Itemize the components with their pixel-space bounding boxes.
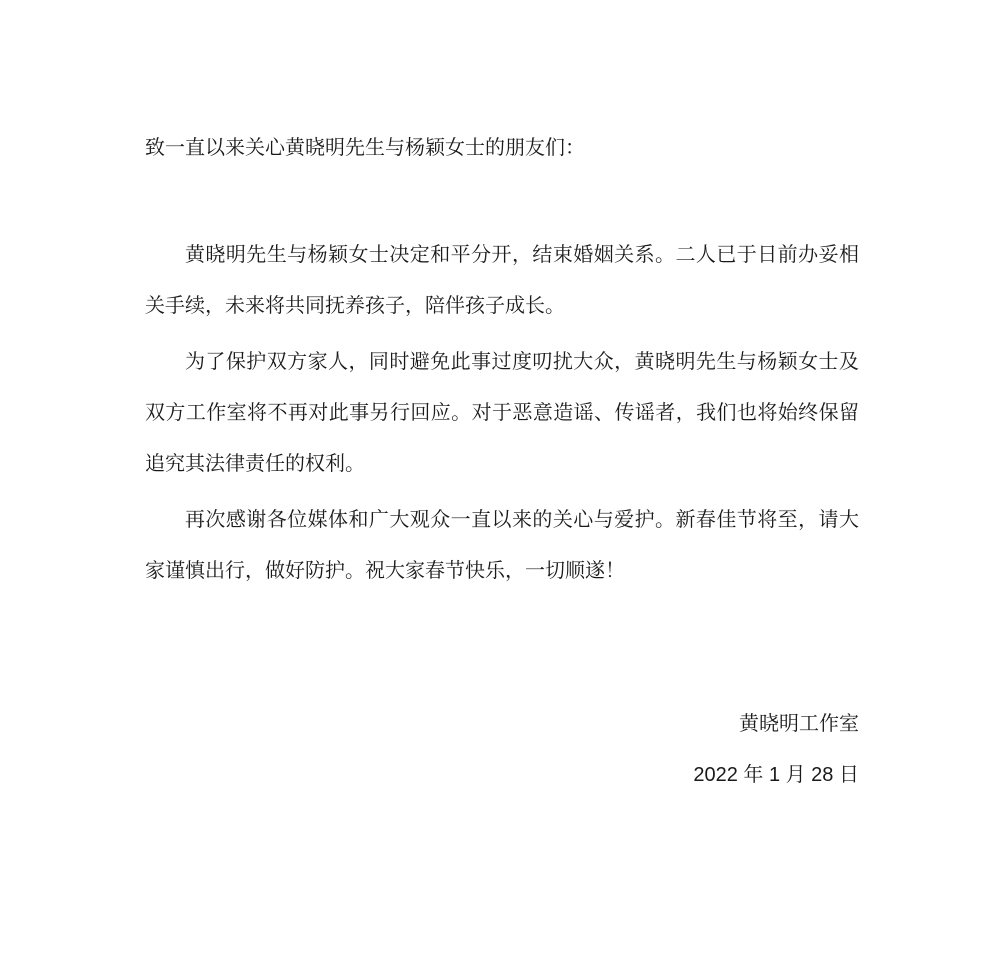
signature-date: 2022 年 1 月 28 日 — [145, 750, 859, 801]
paragraph-privacy-statement: 为了保护双方家人，同时避免此事过度叨扰大众，黄晓明先生与杨颖女士及双方工作室将不… — [145, 337, 859, 490]
closing-block: 黄晓明工作室 2022 年 1 月 28 日 — [145, 699, 859, 801]
signature-name: 黄晓明工作室 — [145, 699, 859, 750]
letter-content: 致一直以来关心黄晓明先生与杨颖女士的朋友们： 黄晓明先生与杨颖女士决定和平分开，… — [0, 0, 859, 801]
salutation-line: 致一直以来关心黄晓明先生与杨颖女士的朋友们： — [145, 123, 859, 174]
paragraph-announcement: 黄晓明先生与杨颖女士决定和平分开，结束婚姻关系。二人已于日前办妥相关手续，未来将… — [145, 230, 859, 332]
letter-page: 致一直以来关心黄晓明先生与杨颖女士的朋友们： 黄晓明先生与杨颖女士决定和平分开，… — [0, 0, 1008, 958]
paragraph-thanks-wishes: 再次感谢各位媒体和广大观众一直以来的关心与爱护。新春佳节将至，请大家谨慎出行，做… — [145, 495, 859, 597]
